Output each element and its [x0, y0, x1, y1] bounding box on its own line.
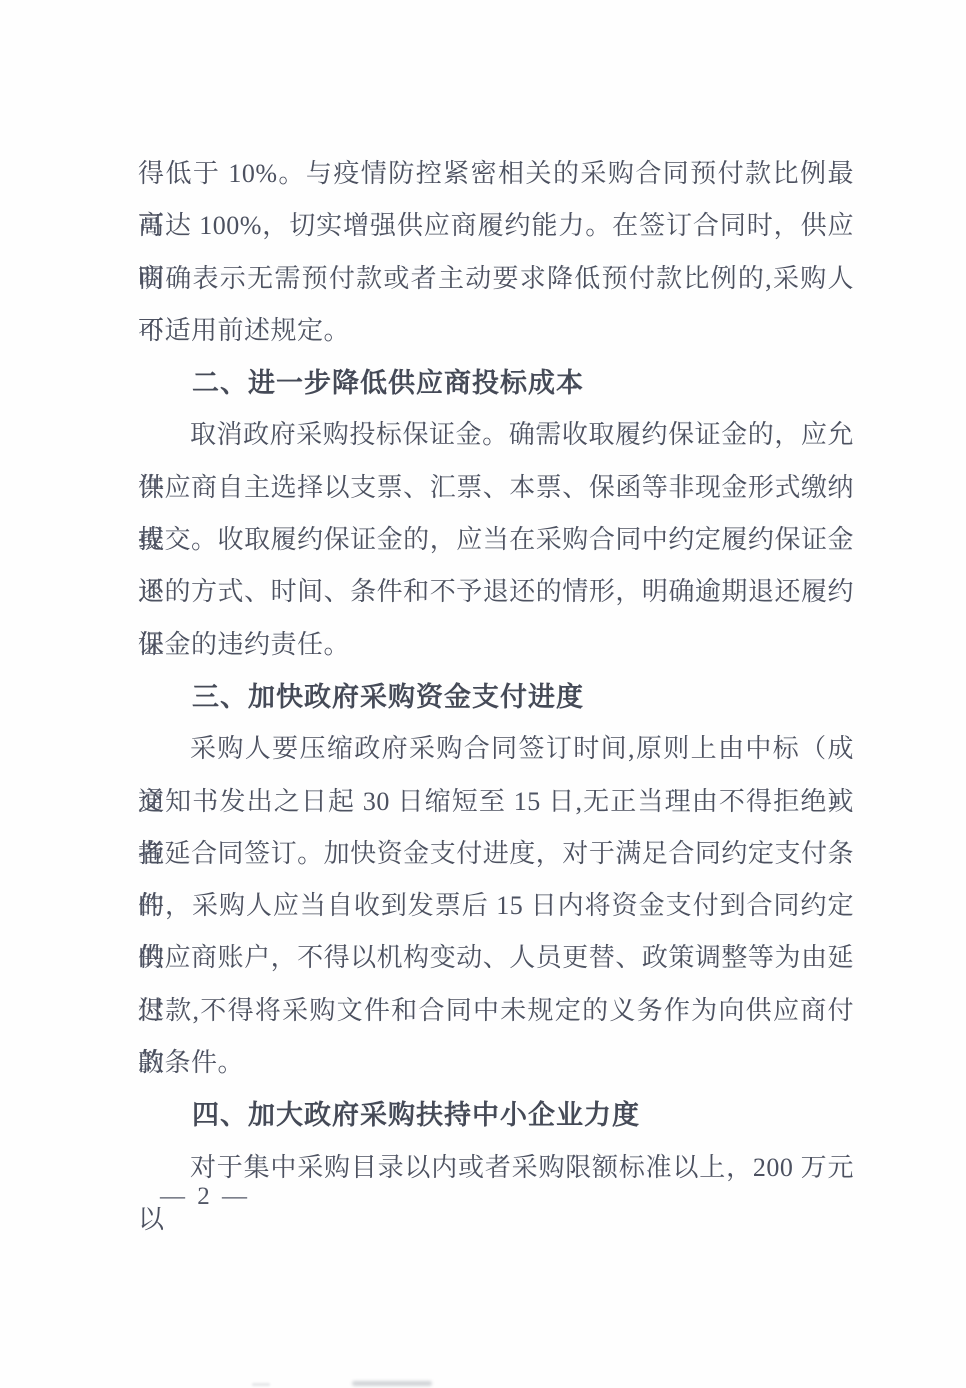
paragraph-1-line: 可达 100%，切实增强供应商履约能力。在签订合同时，供应商: [138, 200, 854, 252]
section-heading-3: 三、加快政府采购资金支付进度: [138, 671, 854, 723]
scan-artifact-smudge: [352, 1381, 432, 1386]
paragraph-1-line: 得低于 10%。与疫情防控紧密相关的采购合同预付款比例最高: [138, 148, 854, 200]
scan-artifact-smudge: [252, 1383, 270, 1386]
paragraph-2-line: 取消政府采购投标保证金。确需收取履约保证金的，应允许: [138, 409, 854, 461]
document-page: 得低于 10%。与疫情防控紧密相关的采购合同预付款比例最高 可达 100%，切实…: [0, 0, 966, 1388]
paragraph-1-line: 明确表示无需预付款或者主动要求降低预付款比例的,采购人可: [138, 253, 854, 305]
paragraph-3-line: 采购人要压缩政府采购合同签订时间,原则上由中标（成交）: [138, 723, 854, 775]
document-body: 得低于 10%。与疫情防控紧密相关的采购合同预付款比例最高 可达 100%，切实…: [138, 148, 854, 1194]
page-number: — 2 —: [160, 1180, 250, 1214]
paragraph-3-line: 付款,不得将采购文件和合同中未规定的义务作为向供应商付款: [138, 985, 854, 1037]
paragraph-2-line: 提交。收取履约保证金的，应当在采购合同中约定履约保证金退: [138, 514, 854, 566]
paragraph-3-line: 的，采购人应当自收到发票后 15 日内将资金支付到合同约定的: [138, 880, 854, 932]
paragraph-2-line: 证金的违约责任。: [138, 619, 854, 671]
section-heading-4: 四、加大政府采购扶持中小企业力度: [138, 1089, 854, 1141]
paragraph-1-line: 不适用前述规定。: [138, 305, 854, 357]
paragraph-3-line: 通知书发出之日起 30 日缩短至 15 日,无正当理由不得拒绝或者: [138, 776, 854, 828]
section-heading-2: 二、进一步降低供应商投标成本: [138, 357, 854, 409]
paragraph-3-line: 供应商账户，不得以机构变动、人员更替、政策调整等为由延迟: [138, 932, 854, 984]
paragraph-3-line: 的条件。: [138, 1037, 854, 1089]
paragraph-2-line: 还的方式、时间、条件和不予退还的情形，明确逾期退还履约保: [138, 566, 854, 618]
paragraph-2-line: 供应商自主选择以支票、汇票、本票、保函等非现金形式缴纳或: [138, 462, 854, 514]
paragraph-3-line: 拖延合同签订。加快资金支付进度，对于满足合同约定支付条件: [138, 828, 854, 880]
